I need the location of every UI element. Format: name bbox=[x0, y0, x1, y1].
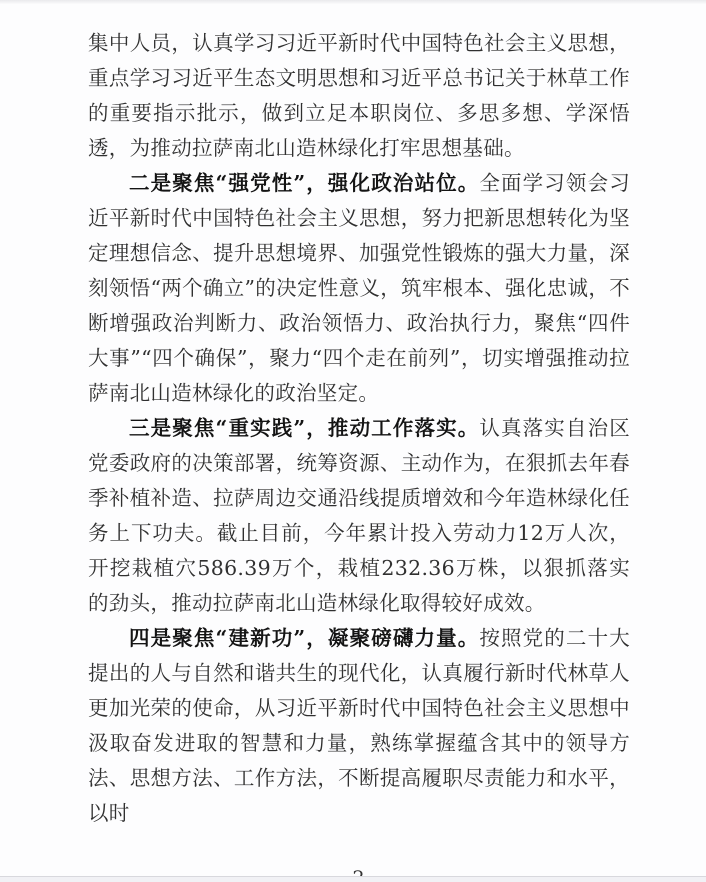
page-bottom-edge bbox=[0, 876, 706, 882]
paragraph-text: 认真落实自治区党委政府的决策部署，统筹资源、主动作为，在狠抓去年春季补植补造、拉… bbox=[88, 416, 630, 615]
paragraph-lead: 四是聚焦“建新功”，凝聚磅礴力量。 bbox=[129, 626, 479, 650]
paragraph-lead: 三是聚焦“重实践”，推动工作落实。 bbox=[129, 416, 479, 440]
paragraph-lead: 二是聚焦“强党性”，强化政治站位。 bbox=[129, 171, 479, 195]
paragraph-text: 集中人员，认真学习习近平新时代中国特色社会主义思想，重点学习习近平生态文明思想和… bbox=[88, 31, 630, 160]
document-body: 集中人员，认真学习习近平新时代中国特色社会主义思想，重点学习习近平生态文明思想和… bbox=[88, 26, 630, 882]
paragraph-point-three: 三是聚焦“重实践”，推动工作落实。认真落实自治区党委政府的决策部署，统筹资源、主… bbox=[88, 411, 630, 621]
document-page: 集中人员，认真学习习近平新时代中国特色社会主义思想，重点学习习近平生态文明思想和… bbox=[0, 0, 706, 882]
paragraph-text: 按照党的二十大提出的人与自然和谐共生的现代化，认真履行新时代林草人更加光荣的使命… bbox=[88, 626, 630, 825]
paragraph-point-four: 四是聚焦“建新功”，凝聚磅礴力量。按照党的二十大提出的人与自然和谐共生的现代化，… bbox=[88, 621, 630, 831]
paragraph-text: 全面学习领会习近平新时代中国特色社会主义思想，努力把新思想转化为坚定理想信念、提… bbox=[88, 171, 630, 405]
page-top-edge bbox=[0, 0, 706, 4]
paragraph-point-two: 二是聚焦“强党性”，强化政治站位。全面学习领会习近平新时代中国特色社会主义思想，… bbox=[88, 166, 630, 411]
paragraph-continuation: 集中人员，认真学习习近平新时代中国特色社会主义思想，重点学习习近平生态文明思想和… bbox=[88, 26, 630, 166]
